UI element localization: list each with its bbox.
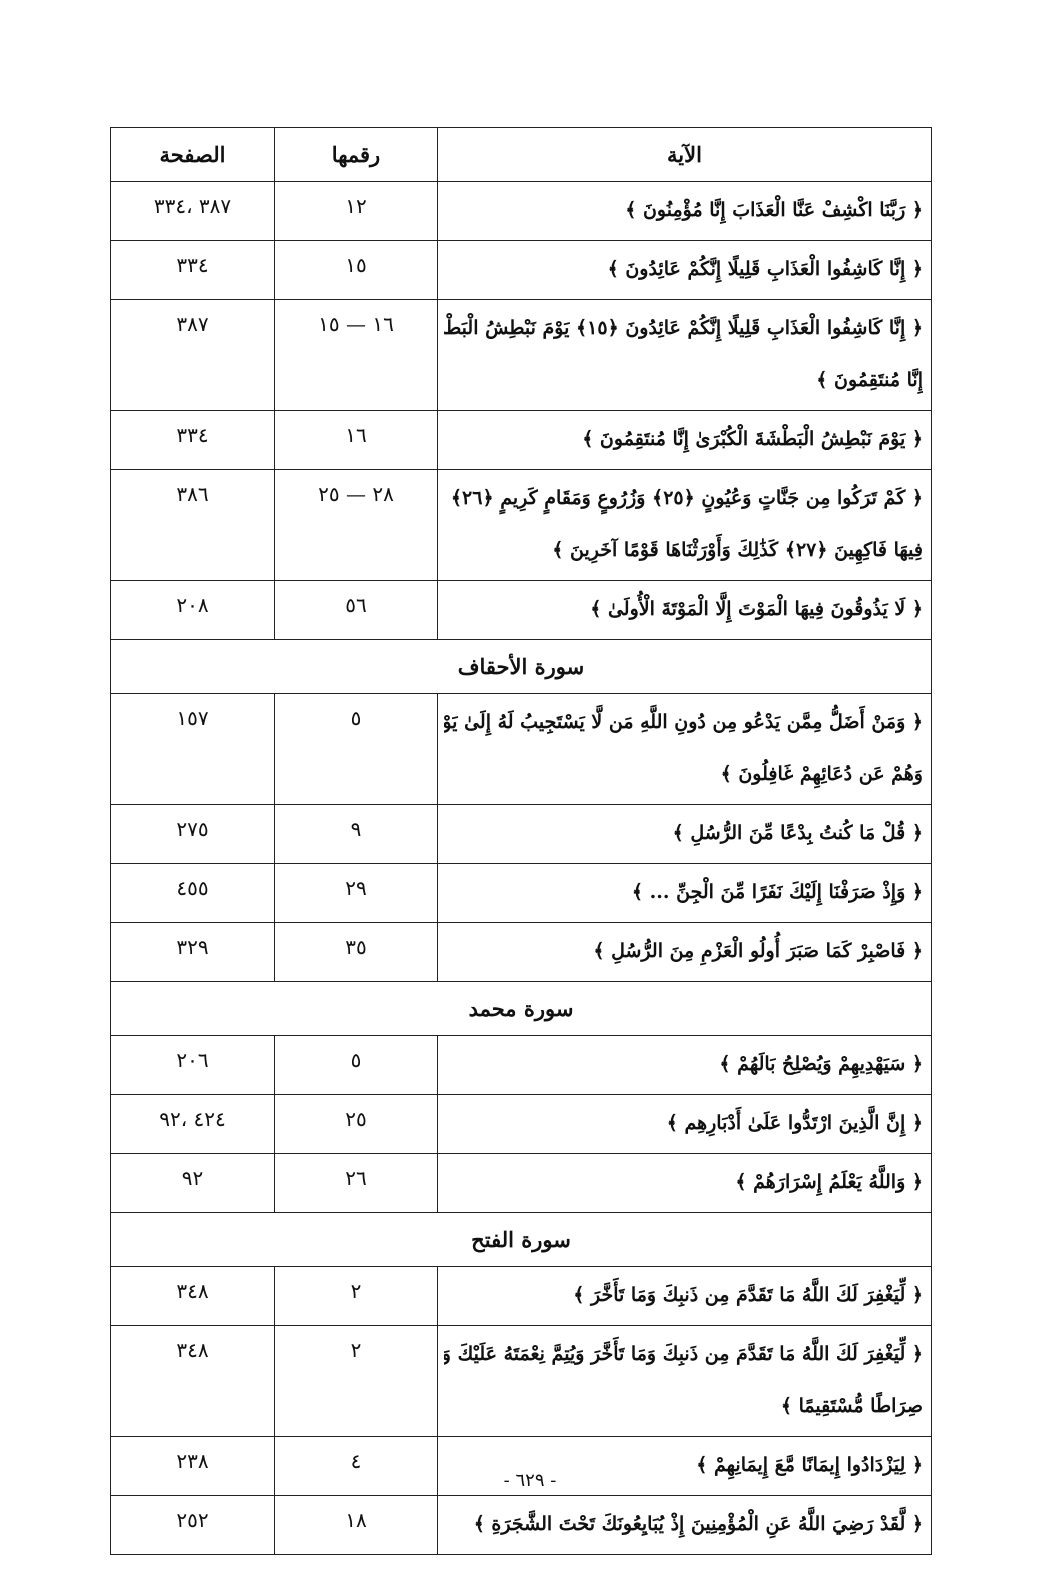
ayah-number-cell: ٢٩ xyxy=(275,864,438,923)
page-reference-cell: ٣٤٨ xyxy=(111,1326,275,1437)
ayah-number-cell: ٥ xyxy=(275,694,438,805)
page-reference-cell: ٩٢ xyxy=(111,1154,275,1213)
surah-heading-row: سورة الفتح xyxy=(111,1213,932,1267)
ayah-line: إِنَّا مُنتَقِمُونَ ﴾ xyxy=(444,358,923,410)
ayah-line: ﴿ كَمْ تَرَكُوا مِن جَنَّاتٍ وَعُيُونٍ ﴿… xyxy=(444,476,923,528)
ayah-line: ﴿ يَوْمَ نَبْطِشُ الْبَطْشَةَ الْكُبْرَى… xyxy=(444,417,923,469)
ayah-text-cell: ﴿ لِّيَغْفِرَ لَكَ اللَّهُ مَا تَقَدَّمَ… xyxy=(438,1326,932,1437)
page-reference-cell: ٣٢٩ xyxy=(111,923,275,982)
ayah-text-cell: ﴿ إِنَّا كَاشِفُوا الْعَذَابِ قَلِيلًا إ… xyxy=(438,241,932,300)
surah-heading-row: سورة محمد xyxy=(111,982,932,1036)
table-row: ﴿ لَا يَذُوقُونَ فِيهَا الْمَوْتَ إِلَّا… xyxy=(111,581,932,640)
table-row: ﴿ لَّقَدْ رَضِيَ اللَّهُ عَنِ الْمُؤْمِن… xyxy=(111,1496,932,1555)
surah-title: سورة الفتح xyxy=(111,1213,932,1267)
page-reference-cell: ٤٢٤ ،٩٢ xyxy=(111,1095,275,1154)
ayah-number-cell: ٢٥ xyxy=(275,1095,438,1154)
ayah-number-cell: ١٨ xyxy=(275,1496,438,1555)
ayah-number-cell: ١٦ xyxy=(275,411,438,470)
page-reference-cell: ٣٤٨ xyxy=(111,1267,275,1326)
page-reference-cell: ٢٠٨ xyxy=(111,581,275,640)
ayah-text-cell: ﴿ وَمَنْ أَضَلُّ مِمَّن يَدْعُو مِن دُون… xyxy=(438,694,932,805)
page-reference-cell: ٣٨٧ xyxy=(111,300,275,411)
ayah-text-cell: ﴿ سَيَهْدِيهِمْ وَيُصْلِحُ بَالَهُمْ ﴾ xyxy=(438,1036,932,1095)
table-row: ﴿ كَمْ تَرَكُوا مِن جَنَّاتٍ وَعُيُونٍ ﴿… xyxy=(111,470,932,581)
table-row: ﴿ رَبَّنَا اكْشِفْ عَنَّا الْعَذَابَ إِن… xyxy=(111,182,932,241)
surah-title: سورة الأحقاف xyxy=(111,640,932,694)
ayah-line: ﴿ وَمَنْ أَضَلُّ مِمَّن يَدْعُو مِن دُون… xyxy=(444,700,923,752)
ayah-text-cell: ﴿ قُلْ مَا كُنتُ بِدْعًا مِّنَ الرُّسُلِ… xyxy=(438,805,932,864)
ayah-line: ﴿ فَاصْبِرْ كَمَا صَبَرَ أُولُو الْعَزْم… xyxy=(444,929,923,981)
ayah-text-cell: ﴿ إِنَّا كَاشِفُوا الْعَذَابِ قَلِيلًا إ… xyxy=(438,300,932,411)
table-row: ﴿ وَمَنْ أَضَلُّ مِمَّن يَدْعُو مِن دُون… xyxy=(111,694,932,805)
ayah-line: ﴿ وَاللَّهُ يَعْلَمُ إِسْرَارَهُمْ ﴾ xyxy=(444,1160,923,1212)
table-row: ﴿ لِّيَغْفِرَ لَكَ اللَّهُ مَا تَقَدَّمَ… xyxy=(111,1326,932,1437)
ayah-index-table: الآية رقمها الصفحة ﴿ رَبَّنَا اكْشِفْ عَ… xyxy=(110,127,932,1555)
table-row: ﴿ إِنَّ الَّذِينَ ارْتَدُّوا عَلَىٰ أَدْ… xyxy=(111,1095,932,1154)
ayah-line: ﴿ إِنَّ الَّذِينَ ارْتَدُّوا عَلَىٰ أَدْ… xyxy=(444,1101,923,1153)
table-row: ﴿ وَإِذْ صَرَفْنَا إِلَيْكَ نَفَرًا مِّن… xyxy=(111,864,932,923)
surah-heading-row: سورة الأحقاف xyxy=(111,640,932,694)
ayah-line: ﴿ لِّيَغْفِرَ لَكَ اللَّهُ مَا تَقَدَّمَ… xyxy=(444,1332,923,1384)
page-reference-cell: ٣٨٦ xyxy=(111,470,275,581)
page-reference-cell: ٣٨٧ ،٣٣٤ xyxy=(111,182,275,241)
ayah-line: ﴿ وَإِذْ صَرَفْنَا إِلَيْكَ نَفَرًا مِّن… xyxy=(444,870,923,922)
page-reference-cell: ٣٣٤ xyxy=(111,241,275,300)
ayah-line: ﴿ إِنَّا كَاشِفُوا الْعَذَابِ قَلِيلًا إ… xyxy=(444,306,923,358)
ayah-line: ﴿ سَيَهْدِيهِمْ وَيُصْلِحُ بَالَهُمْ ﴾ xyxy=(444,1042,923,1094)
table-row: ﴿ سَيَهْدِيهِمْ وَيُصْلِحُ بَالَهُمْ ﴾٥٢… xyxy=(111,1036,932,1095)
ayah-line: ﴿ لِّيَغْفِرَ لَكَ اللَّهُ مَا تَقَدَّمَ… xyxy=(444,1273,923,1325)
ayah-line: فِيهَا فَاكِهِينَ ﴿٢٧﴾ كَذَٰلِكَ وَأَوْر… xyxy=(444,528,923,580)
ayah-number-cell: ٩ xyxy=(275,805,438,864)
ayah-number-cell: ٥ xyxy=(275,1036,438,1095)
table-row: ﴿ وَاللَّهُ يَعْلَمُ إِسْرَارَهُمْ ﴾٢٦٩٢ xyxy=(111,1154,932,1213)
page-reference-cell: ٢٠٦ xyxy=(111,1036,275,1095)
header-number: رقمها xyxy=(275,128,438,182)
ayah-line: وَهُمْ عَن دُعَائِهِمْ غَافِلُونَ ﴾ xyxy=(444,752,923,804)
page-reference-cell: ٢٥٢ xyxy=(111,1496,275,1555)
ayah-text-cell: ﴿ لِّيَغْفِرَ لَكَ اللَّهُ مَا تَقَدَّمَ… xyxy=(438,1267,932,1326)
ayah-text-cell: ﴿ لَّقَدْ رَضِيَ اللَّهُ عَنِ الْمُؤْمِن… xyxy=(438,1496,932,1555)
table-row: ﴿ يَوْمَ نَبْطِشُ الْبَطْشَةَ الْكُبْرَى… xyxy=(111,411,932,470)
table-row: ﴿ إِنَّا كَاشِفُوا الْعَذَابِ قَلِيلًا إ… xyxy=(111,241,932,300)
page-reference-cell: ١٥٧ xyxy=(111,694,275,805)
ayah-line: ﴿ رَبَّنَا اكْشِفْ عَنَّا الْعَذَابَ إِن… xyxy=(444,188,923,240)
header-page: الصفحة xyxy=(111,128,275,182)
table-header-row: الآية رقمها الصفحة xyxy=(111,128,932,182)
ayah-text-cell: ﴿ رَبَّنَا اكْشِفْ عَنَّا الْعَذَابَ إِن… xyxy=(438,182,932,241)
ayah-text-cell: ﴿ وَاللَّهُ يَعْلَمُ إِسْرَارَهُمْ ﴾ xyxy=(438,1154,932,1213)
ayah-number-cell: ٢ xyxy=(275,1326,438,1437)
header-ayah: الآية xyxy=(438,128,932,182)
ayah-number-cell: ١٥ xyxy=(275,241,438,300)
page-reference-cell: ٣٣٤ xyxy=(111,411,275,470)
table-row: ﴿ إِنَّا كَاشِفُوا الْعَذَابِ قَلِيلًا إ… xyxy=(111,300,932,411)
ayah-number-cell: ٢٨ — ٢٥ xyxy=(275,470,438,581)
ayah-text-cell: ﴿ إِنَّ الَّذِينَ ارْتَدُّوا عَلَىٰ أَدْ… xyxy=(438,1095,932,1154)
ayah-line: ﴿ لَا يَذُوقُونَ فِيهَا الْمَوْتَ إِلَّا… xyxy=(444,587,923,639)
ayah-line: ﴿ قُلْ مَا كُنتُ بِدْعًا مِّنَ الرُّسُلِ… xyxy=(444,811,923,863)
table-row: ﴿ لِّيَغْفِرَ لَكَ اللَّهُ مَا تَقَدَّمَ… xyxy=(111,1267,932,1326)
ayah-number-cell: ٢ xyxy=(275,1267,438,1326)
ayah-line: صِرَاطًا مُّسْتَقِيمًا ﴾ xyxy=(444,1384,923,1436)
ayah-text-cell: ﴿ كَمْ تَرَكُوا مِن جَنَّاتٍ وَعُيُونٍ ﴿… xyxy=(438,470,932,581)
table-row: ﴿ فَاصْبِرْ كَمَا صَبَرَ أُولُو الْعَزْم… xyxy=(111,923,932,982)
table-body: ﴿ رَبَّنَا اكْشِفْ عَنَّا الْعَذَابَ إِن… xyxy=(111,182,932,1555)
ayah-text-cell: ﴿ فَاصْبِرْ كَمَا صَبَرَ أُولُو الْعَزْم… xyxy=(438,923,932,982)
ayah-number-cell: ٣٥ xyxy=(275,923,438,982)
ayah-text-cell: ﴿ يَوْمَ نَبْطِشُ الْبَطْشَةَ الْكُبْرَى… xyxy=(438,411,932,470)
ayah-number-cell: ١٦ — ١٥ xyxy=(275,300,438,411)
surah-title: سورة محمد xyxy=(111,982,932,1036)
ayah-text-cell: ﴿ لَا يَذُوقُونَ فِيهَا الْمَوْتَ إِلَّا… xyxy=(438,581,932,640)
page-number: - ٦٢٩ - xyxy=(0,1470,1060,1491)
page-reference-cell: ٢٧٥ xyxy=(111,805,275,864)
ayah-number-cell: ٥٦ xyxy=(275,581,438,640)
ayah-line: ﴿ إِنَّا كَاشِفُوا الْعَذَابِ قَلِيلًا إ… xyxy=(444,247,923,299)
page-reference-cell: ٤٥٥ xyxy=(111,864,275,923)
ayah-number-cell: ٢٦ xyxy=(275,1154,438,1213)
ayah-line: ﴿ لَّقَدْ رَضِيَ اللَّهُ عَنِ الْمُؤْمِن… xyxy=(444,1502,923,1554)
ayah-number-cell: ١٢ xyxy=(275,182,438,241)
table-row: ﴿ قُلْ مَا كُنتُ بِدْعًا مِّنَ الرُّسُلِ… xyxy=(111,805,932,864)
ayah-text-cell: ﴿ وَإِذْ صَرَفْنَا إِلَيْكَ نَفَرًا مِّن… xyxy=(438,864,932,923)
